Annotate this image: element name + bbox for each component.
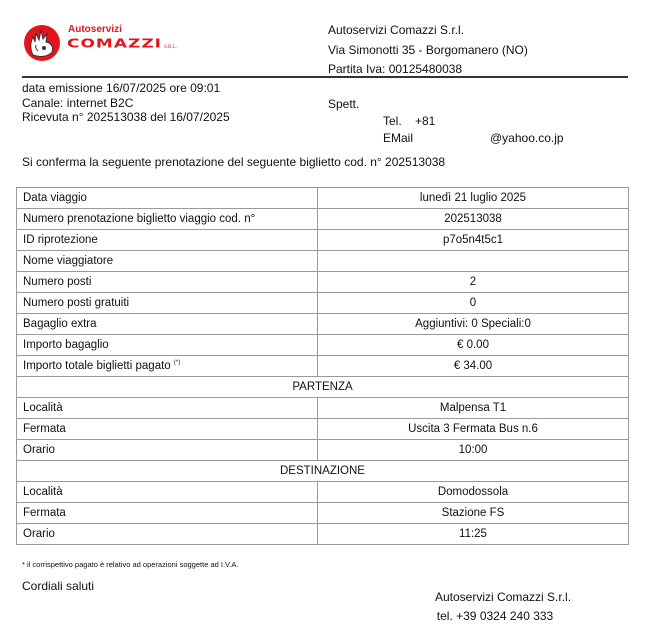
row-value: lunedì 21 luglio 2025 [318, 188, 629, 209]
table-row: FermataUscita 3 Fermata Bus n.6 [17, 419, 629, 440]
row-label: Località [17, 482, 318, 503]
signature: Autoservizi Comazzi S.r.l. tel. +39 0324… [435, 588, 555, 626]
section-departure: PARTENZA [17, 377, 629, 398]
table-row: FermataStazione FS [17, 503, 629, 524]
confirmation-text: Si conferma la seguente prenotazione del… [22, 155, 445, 169]
row-value: Aggiuntivi: 0 Speciali:0 [318, 314, 629, 335]
table-row: Importo totale biglietti pagato (*)€ 34.… [17, 356, 629, 377]
sales-channel: Canale: internet B2C [22, 96, 230, 111]
footnote-marker: (*) [174, 360, 180, 366]
row-label-text: ID riprotezione [23, 234, 98, 246]
section-title: DESTINAZIONE [17, 461, 629, 482]
row-label-text: Numero posti gratuiti [23, 297, 129, 309]
receipt-meta: data emissione 16/07/2025 ore 09:01 Cana… [22, 81, 230, 125]
company-info: Autoservizi Comazzi S.r.l. Via Simonotti… [328, 21, 528, 80]
closing-greeting: Cordiali saluti [22, 579, 94, 593]
row-label: Numero prenotazione biglietto viaggio co… [17, 209, 318, 230]
company-logo: Autoservizi COMAZZI S.R.L. [24, 23, 194, 63]
row-value: Stazione FS [318, 503, 629, 524]
row-label-text: Orario [23, 444, 55, 456]
row-label: Orario [17, 440, 318, 461]
row-label-text: Fermata [23, 423, 66, 435]
row-label-text: Località [23, 486, 63, 498]
receipt-number: Ricevuta n° 202513038 del 16/07/2025 [22, 110, 230, 125]
row-value: Malpensa T1 [318, 398, 629, 419]
row-value: 11:25 [318, 524, 629, 545]
recipient-salutation: Spett. [328, 97, 359, 111]
row-value: 2 [318, 272, 629, 293]
row-label: Orario [17, 524, 318, 545]
table-row: LocalitàDomodossola [17, 482, 629, 503]
row-label-text: Località [23, 402, 63, 414]
row-value: Uscita 3 Fermata Bus n.6 [318, 419, 629, 440]
row-label: Numero posti gratuiti [17, 293, 318, 314]
row-value: p7o5n4t5c1 [318, 230, 629, 251]
row-value: € 34.00 [318, 356, 629, 377]
row-label: Importo bagaglio [17, 335, 318, 356]
company-address: Via Simonotti 35 - Borgomanero (NO) [328, 41, 528, 61]
row-label-text: Importo bagaglio [23, 339, 109, 351]
row-label-text: Bagaglio extra [23, 318, 97, 330]
row-value: 202513038 [318, 209, 629, 230]
table-row: LocalitàMalpensa T1 [17, 398, 629, 419]
flame-bird-icon [24, 25, 60, 61]
row-label-text: Numero prenotazione biglietto viaggio co… [23, 213, 255, 225]
tel-label: Tel. [383, 114, 402, 128]
logo-top-text: Autoservizi [68, 24, 122, 35]
section-destination: DESTINAZIONE [17, 461, 629, 482]
table-row: Bagaglio extraAggiuntivi: 0 Speciali:0 [17, 314, 629, 335]
logo-main-text: COMAZZI [67, 36, 162, 51]
row-label: Bagaglio extra [17, 314, 318, 335]
row-label-text: Numero posti [23, 276, 91, 288]
issue-date: data emissione 16/07/2025 ore 09:01 [22, 81, 230, 96]
header-divider [22, 76, 628, 78]
vat-footnote: * il corrispettivo pagato è relativo ad … [22, 560, 239, 569]
row-label: Fermata [17, 503, 318, 524]
row-label-text: Data viaggio [23, 192, 87, 204]
row-label-text: Orario [23, 528, 55, 540]
signature-name: Autoservizi Comazzi S.r.l. [435, 588, 555, 607]
email-value: @yahoo.co.jp [490, 131, 564, 145]
email-label: EMail [383, 131, 413, 145]
row-label: Data viaggio [17, 188, 318, 209]
company-name: Autoservizi Comazzi S.r.l. [328, 21, 528, 41]
row-label: ID riprotezione [17, 230, 318, 251]
table-row: Numero prenotazione biglietto viaggio co… [17, 209, 629, 230]
table-row: Nome viaggiatore [17, 251, 629, 272]
row-label: Importo totale biglietti pagato (*) [17, 356, 318, 377]
section-title: PARTENZA [17, 377, 629, 398]
row-value: 10:00 [318, 440, 629, 461]
row-value: Domodossola [318, 482, 629, 503]
row-value [318, 251, 629, 272]
row-label-text: Nome viaggiatore [23, 255, 113, 267]
row-label-text: Importo totale biglietti pagato [23, 360, 171, 372]
row-label-text: Fermata [23, 507, 66, 519]
booking-table: Data viaggiolunedì 21 luglio 2025Numero … [16, 187, 629, 545]
row-value: € 0.00 [318, 335, 629, 356]
table-row: Importo bagaglio€ 0.00 [17, 335, 629, 356]
row-label: Numero posti [17, 272, 318, 293]
logo-suffix: S.R.L. [164, 45, 177, 50]
row-label: Località [17, 398, 318, 419]
table-row: Numero posti2 [17, 272, 629, 293]
row-label: Fermata [17, 419, 318, 440]
row-value: 0 [318, 293, 629, 314]
table-row: Numero posti gratuiti0 [17, 293, 629, 314]
signature-phone: tel. +39 0324 240 333 [435, 607, 555, 626]
table-row: Data viaggiolunedì 21 luglio 2025 [17, 188, 629, 209]
table-row: Orario10:00 [17, 440, 629, 461]
row-label: Nome viaggiatore [17, 251, 318, 272]
tel-value: +81 [415, 114, 435, 128]
table-row: Orario11:25 [17, 524, 629, 545]
table-row: ID riprotezionep7o5n4t5c1 [17, 230, 629, 251]
